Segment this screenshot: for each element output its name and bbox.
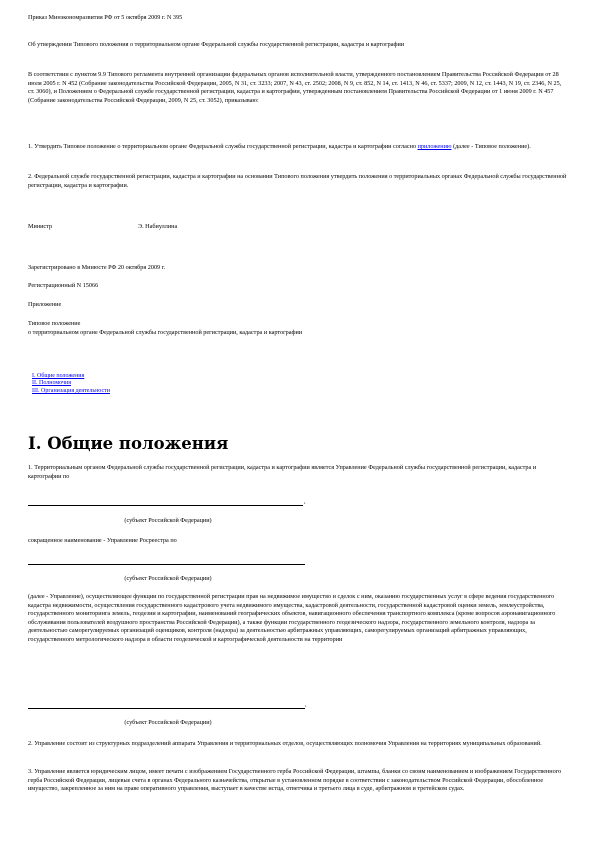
blank-line-subject-2 — [28, 564, 305, 565]
blank-suffix-2: , — [305, 701, 307, 710]
table-of-contents: I. Общие положения II. Полномочия III. О… — [32, 373, 572, 395]
section-paragraph-2: 2. Управление состоит из структурных под… — [28, 740, 568, 749]
toc-link-organization[interactable]: III. Организация деятельности — [32, 388, 572, 395]
caption-subject-3: (субъект Российской Федерации) — [28, 719, 308, 728]
toc-link-powers[interactable]: II. Полномочия — [32, 380, 572, 387]
item-1-text-end: (далее - Типовое положение). — [452, 143, 531, 150]
signature-block: Министр Э. Набиуллина — [0, 223, 595, 233]
toc-link-general[interactable]: I. Общие положения — [32, 373, 572, 380]
short-name-line: сокращенное наименование - Управление Ро… — [28, 537, 568, 546]
appendix-label: Приложение — [28, 301, 568, 310]
section-heading: I. Общие положения — [28, 434, 568, 454]
appendix-link[interactable]: приложению — [418, 143, 452, 150]
item-1-text: 1. Утвердить Типовое положение о террито… — [28, 143, 418, 150]
preamble-paragraph: В соответствии с пунктом 9.9 Типового ре… — [28, 71, 568, 105]
blank-line-subject-3 — [28, 708, 305, 709]
caption-subject: (субъект Российской Федерации) — [28, 517, 308, 526]
section-paragraph-3: 3. Управление является юридическим лицом… — [28, 768, 568, 794]
signature-name: Э. Набиуллина — [138, 223, 177, 232]
functions-paragraph: (далее - Управление), осуществляющее фун… — [28, 593, 568, 645]
order-item-1: 1. Утвердить Типовое положение о террито… — [28, 143, 568, 152]
order-title: Приказ Минэкономразвития РФ от 5 октября… — [28, 14, 568, 23]
order-item-2: 2. Федеральной службе государственной ре… — [28, 173, 568, 190]
appendix-title-2: о территориальном органе Федеральной слу… — [28, 329, 568, 338]
registration-note: Зарегистрировано в Минюсте РФ 20 октября… — [28, 264, 568, 273]
signature-title: Министр — [28, 223, 52, 232]
blank-suffix: , — [304, 498, 306, 507]
registration-number: Регистрационный N 15066 — [28, 282, 568, 291]
order-subject: Об утверждении Типового положения о терр… — [28, 41, 568, 50]
section-paragraph-1: 1. Территориальным органом Федеральной с… — [28, 464, 568, 481]
blank-line-subject — [28, 505, 303, 506]
appendix-title-1: Типовое положение — [28, 320, 568, 329]
caption-subject-2: (субъект Российской Федерации) — [28, 575, 308, 584]
